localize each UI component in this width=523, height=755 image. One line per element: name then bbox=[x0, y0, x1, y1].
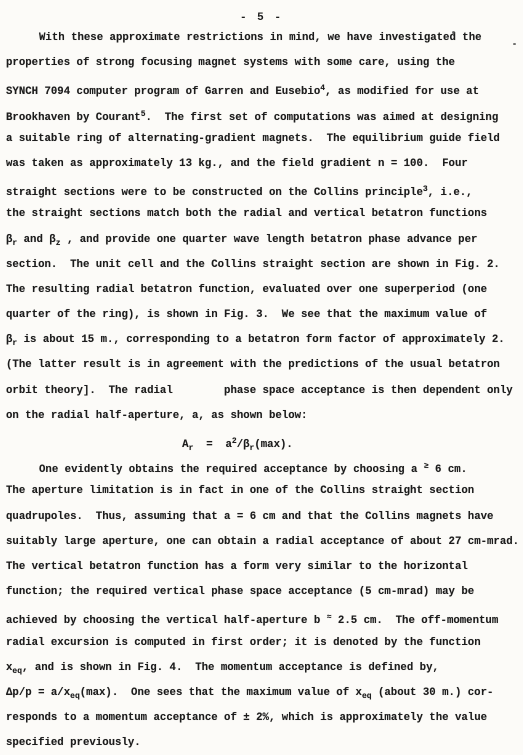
text-segment: section. The unit cell and the Collins s… bbox=[6, 259, 500, 271]
text-segment: properties of strong focusing magnet sys… bbox=[6, 57, 455, 69]
text-segment: quarter of the ring), is shown in Fig. 3… bbox=[6, 309, 487, 321]
text-segment: , and is shown in Fig. 4. The momentum a… bbox=[22, 662, 439, 674]
document-page: - 5 - With these approximate restriction… bbox=[0, 0, 523, 755]
text-line: radial excursion is computed in first or… bbox=[6, 631, 519, 656]
text-segment: quadrupoles. Thus, assuming that a = 6 c… bbox=[6, 511, 493, 523]
text-line: orbit theory]. The radial phase space ac… bbox=[6, 379, 519, 404]
text-segment: responds to a momentum acceptance of ± 2… bbox=[6, 712, 487, 724]
text-segment: Δp/p = a/x bbox=[6, 687, 70, 699]
text-line: straight sections were to be constructed… bbox=[6, 177, 519, 202]
text-segment: specified previously. bbox=[6, 737, 141, 749]
text-segment: , i.e., bbox=[428, 187, 473, 199]
text-line: The resulting radial betatron function, … bbox=[6, 278, 519, 303]
text-line: properties of strong focusing magnet sys… bbox=[6, 51, 519, 76]
text-segment: The aperture limitation is in fact in on… bbox=[6, 485, 474, 497]
text-line: βr is about 15 m., corresponding to a be… bbox=[6, 328, 519, 353]
text-segment: (about 30 m.) cor- bbox=[372, 687, 494, 699]
scan-speck bbox=[513, 43, 516, 45]
text-line: With these approximate restrictions in m… bbox=[6, 26, 519, 51]
text-segment: One evidently obtains the required accep… bbox=[39, 464, 424, 476]
text-line: quarter of the ring), is shown in Fig. 3… bbox=[6, 303, 519, 328]
text-line: Brookhaven by Courant5. The first set of… bbox=[6, 102, 519, 127]
text-segment: radial excursion is computed in first or… bbox=[6, 637, 481, 649]
text-line: One evidently obtains the required accep… bbox=[6, 454, 519, 479]
text-segment: Brookhaven by Courant bbox=[6, 112, 141, 124]
text-segment: 6 cm. bbox=[429, 464, 467, 476]
text-segment: (max). bbox=[254, 439, 292, 451]
text-segment: /β bbox=[237, 439, 250, 451]
text-segment: was taken as approximately 13 kg., and t… bbox=[6, 158, 468, 170]
text-line: (The latter result is in agreement with … bbox=[6, 353, 519, 378]
text-segment: function; the required vertical phase sp… bbox=[6, 586, 474, 598]
text-segment: is about 15 m., corresponding to a betat… bbox=[17, 334, 504, 346]
text-segment: , as modified for use at bbox=[325, 86, 479, 98]
text-line: βr and βz , and provide one quarter wave… bbox=[6, 228, 519, 253]
text-line: achieved by choosing the vertical half-a… bbox=[6, 605, 519, 630]
text-segment: the straight sections match both the rad… bbox=[6, 208, 487, 220]
radial-acceptance-formula: Ar = a2/βr(max). bbox=[0, 429, 494, 454]
scan-speck bbox=[452, 31, 455, 34]
text-line: function; the required vertical phase sp… bbox=[6, 580, 519, 605]
text-line: Δp/p = a/xeq(max). One sees that the max… bbox=[6, 681, 519, 706]
text-segment: on the radial half-aperture, a, as shown… bbox=[6, 410, 307, 422]
subscript: eq bbox=[12, 667, 22, 676]
text-line: specified previously. bbox=[6, 731, 519, 755]
text-segment: The vertical betatron function has a for… bbox=[6, 561, 468, 573]
text-line: was taken as approximately 13 kg., and t… bbox=[6, 152, 519, 177]
text-segment: , and provide one quarter wave length be… bbox=[61, 234, 478, 246]
text-line: the straight sections match both the rad… bbox=[6, 202, 519, 227]
text-line: xeq, and is shown in Fig. 4. The momentu… bbox=[6, 656, 519, 681]
text-segment: . The first set of computations was aime… bbox=[146, 112, 499, 124]
text-segment: orbit theory]. The radial phase space ac… bbox=[6, 385, 513, 397]
text-line: on the radial half-aperture, a, as shown… bbox=[6, 404, 519, 429]
subscript: eq bbox=[362, 692, 372, 701]
text-line: quadrupoles. Thus, assuming that a = 6 c… bbox=[6, 505, 519, 530]
text-segment: 2.5 cm. The off-momentum bbox=[332, 615, 499, 627]
text-line: a suitable ring of alternating-gradient … bbox=[6, 127, 519, 152]
text-segment: = a bbox=[193, 439, 231, 451]
text-segment: straight sections were to be constructed… bbox=[6, 187, 423, 199]
text-line: The vertical betatron function has a for… bbox=[6, 555, 519, 580]
page-body: With these approximate restrictions in m… bbox=[6, 26, 519, 755]
text-line: The aperture limitation is in fact in on… bbox=[6, 479, 519, 504]
text-segment: The resulting radial betatron function, … bbox=[6, 284, 487, 296]
text-segment: and β bbox=[17, 234, 55, 246]
text-segment: a suitable ring of alternating-gradient … bbox=[6, 133, 500, 145]
text-line: responds to a momentum acceptance of ± 2… bbox=[6, 706, 519, 731]
text-line: suitably large aperture, one can obtain … bbox=[6, 530, 519, 555]
page-number: - 5 - bbox=[0, 12, 523, 24]
subscript: eq bbox=[70, 692, 80, 701]
text-segment: (max). One sees that the maximum value o… bbox=[80, 687, 362, 699]
text-segment: suitably large aperture, one can obtain … bbox=[6, 536, 519, 548]
text-segment: SYNCH 7094 computer program of Garren an… bbox=[6, 86, 320, 98]
text-segment: With these approximate restrictions in m… bbox=[39, 32, 482, 44]
text-segment: (The latter result is in agreement with … bbox=[6, 359, 500, 371]
text-segment: achieved by choosing the vertical half-a… bbox=[6, 615, 327, 627]
text-line: section. The unit cell and the Collins s… bbox=[6, 253, 519, 278]
text-line: SYNCH 7094 computer program of Garren an… bbox=[6, 76, 519, 101]
